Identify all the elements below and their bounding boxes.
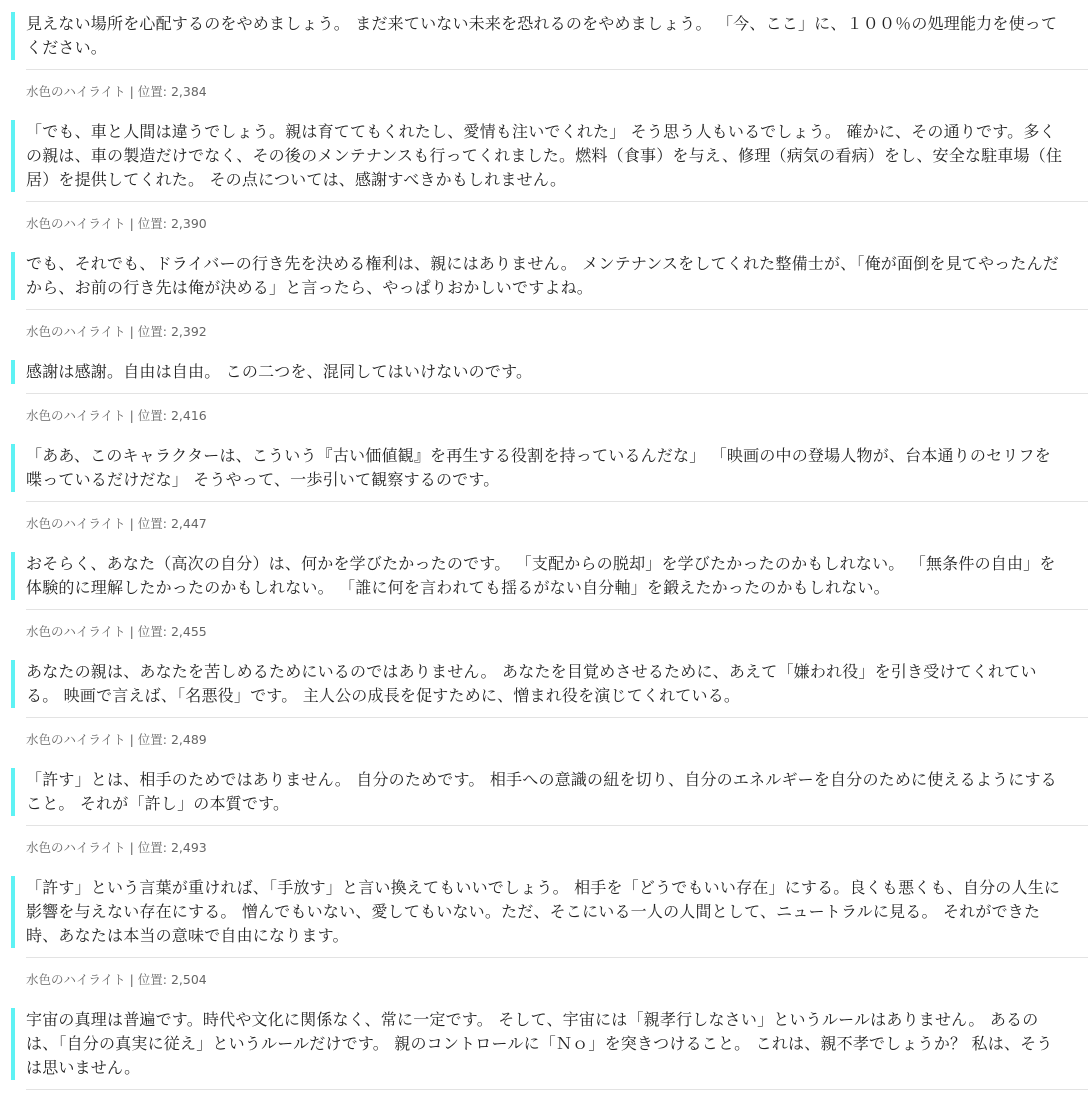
highlight-meta: 水色のハイライト | 位置: 2,493 (0, 826, 1088, 876)
cyan-highlight-marker (11, 660, 15, 708)
divider (26, 1089, 1088, 1090)
highlight-text-block[interactable]: 感謝は感謝。自由は自由。 この二つを、混同してはいけないのです。 (0, 360, 1088, 384)
highlight-text-block[interactable]: 見えない場所を心配するのをやめましょう。 まだ来ていない未来を恐れるのをやめまし… (0, 12, 1088, 60)
highlight-note[interactable]: 「許す」という言葉が重ければ、「手放す」と言い換えてもいいでしょう。 相手を「ど… (0, 876, 1088, 1008)
highlight-note[interactable]: 感謝は感謝。自由は自由。 この二つを、混同してはいけないのです。 水色のハイライ… (0, 360, 1088, 444)
highlight-note[interactable]: でも、それでも、ドライバーの行き先を決める権利は、親にはありません。 メンテナン… (0, 252, 1088, 360)
highlight-text: 「でも、車と人間は違うでしょう。親は育ててもくれたし、愛情も注いでくれた」 そう… (26, 122, 1062, 189)
highlight-meta: 水色のハイライト | 位置: 2,390 (0, 202, 1088, 252)
highlight-text-block[interactable]: 「でも、車と人間は違うでしょう。親は育ててもくれたし、愛情も注いでくれた」 そう… (0, 120, 1088, 192)
highlight-text-block[interactable]: 「許す」とは、相手のためではありません。 自分のためです。 相手への意識の紐を切… (0, 768, 1088, 816)
highlight-text: 宇宙の真理は普遍です。時代や文化に関係なく、常に一定です。 そして、宇宙には「親… (26, 1010, 1053, 1077)
highlights-list: 見えない場所を心配するのをやめましょう。 まだ来ていない未来を恐れるのをやめまし… (0, 0, 1088, 1090)
highlight-text-block[interactable]: 宇宙の真理は普遍です。時代や文化に関係なく、常に一定です。 そして、宇宙には「親… (0, 1008, 1088, 1080)
highlight-text-block[interactable]: おそらく、あなた（高次の自分）は、何かを学びたかったのです。 「支配からの脱却」… (0, 552, 1088, 600)
cyan-highlight-marker (11, 768, 15, 816)
highlight-text: でも、それでも、ドライバーの行き先を決める権利は、親にはありません。 メンテナン… (26, 254, 1059, 297)
highlight-meta: 水色のハイライト | 位置: 2,416 (0, 394, 1088, 444)
highlight-meta: 水色のハイライト | 位置: 2,455 (0, 610, 1088, 660)
highlight-text: 感謝は感謝。自由は自由。 この二つを、混同してはいけないのです。 (26, 362, 532, 381)
highlight-note[interactable]: 「ああ、このキャラクターは、こういう『古い価値観』を再生する役割を持っているんだ… (0, 444, 1088, 552)
highlight-text: おそらく、あなた（高次の自分）は、何かを学びたかったのです。 「支配からの脱却」… (26, 554, 1056, 597)
highlight-text-block[interactable]: でも、それでも、ドライバーの行き先を決める権利は、親にはありません。 メンテナン… (0, 252, 1088, 300)
cyan-highlight-marker (11, 552, 15, 600)
highlight-note[interactable]: 宇宙の真理は普遍です。時代や文化に関係なく、常に一定です。 そして、宇宙には「親… (0, 1008, 1088, 1090)
highlight-meta: 水色のハイライト | 位置: 2,489 (0, 718, 1088, 768)
highlight-meta: 水色のハイライト | 位置: 2,392 (0, 310, 1088, 360)
cyan-highlight-marker (11, 1008, 15, 1080)
cyan-highlight-marker (11, 252, 15, 300)
cyan-highlight-marker (11, 12, 15, 60)
cyan-highlight-marker (11, 444, 15, 492)
highlight-note[interactable]: あなたの親は、あなたを苦しめるためにいるのではありません。 あなたを目覚めさせる… (0, 660, 1088, 768)
cyan-highlight-marker (11, 360, 15, 384)
highlight-text: あなたの親は、あなたを苦しめるためにいるのではありません。 あなたを目覚めさせる… (26, 662, 1037, 705)
cyan-highlight-marker (11, 876, 15, 948)
highlight-text-block[interactable]: 「ああ、このキャラクターは、こういう『古い価値観』を再生する役割を持っているんだ… (0, 444, 1088, 492)
highlight-text-block[interactable]: 「許す」という言葉が重ければ、「手放す」と言い換えてもいいでしょう。 相手を「ど… (0, 876, 1088, 948)
highlight-note[interactable]: おそらく、あなた（高次の自分）は、何かを学びたかったのです。 「支配からの脱却」… (0, 552, 1088, 660)
highlight-text: 「ああ、このキャラクターは、こういう『古い価値観』を再生する役割を持っているんだ… (26, 446, 1051, 489)
cyan-highlight-marker (11, 120, 15, 192)
highlight-text: 「許す」という言葉が重ければ、「手放す」と言い換えてもいいでしょう。 相手を「ど… (26, 878, 1060, 945)
highlight-meta: 水色のハイライト | 位置: 2,384 (0, 70, 1088, 120)
highlight-note[interactable]: 「でも、車と人間は違うでしょう。親は育ててもくれたし、愛情も注いでくれた」 そう… (0, 120, 1088, 252)
highlight-note[interactable]: 「許す」とは、相手のためではありません。 自分のためです。 相手への意識の紐を切… (0, 768, 1088, 876)
highlight-note[interactable]: 見えない場所を心配するのをやめましょう。 まだ来ていない未来を恐れるのをやめまし… (0, 0, 1088, 120)
highlight-meta: 水色のハイライト | 位置: 2,447 (0, 502, 1088, 552)
highlight-text: 見えない場所を心配するのをやめましょう。 まだ来ていない未来を恐れるのをやめまし… (26, 14, 1057, 57)
highlight-meta: 水色のハイライト | 位置: 2,504 (0, 958, 1088, 1008)
highlight-text: 「許す」とは、相手のためではありません。 自分のためです。 相手への意識の紐を切… (26, 770, 1057, 813)
highlight-text-block[interactable]: あなたの親は、あなたを苦しめるためにいるのではありません。 あなたを目覚めさせる… (0, 660, 1088, 708)
